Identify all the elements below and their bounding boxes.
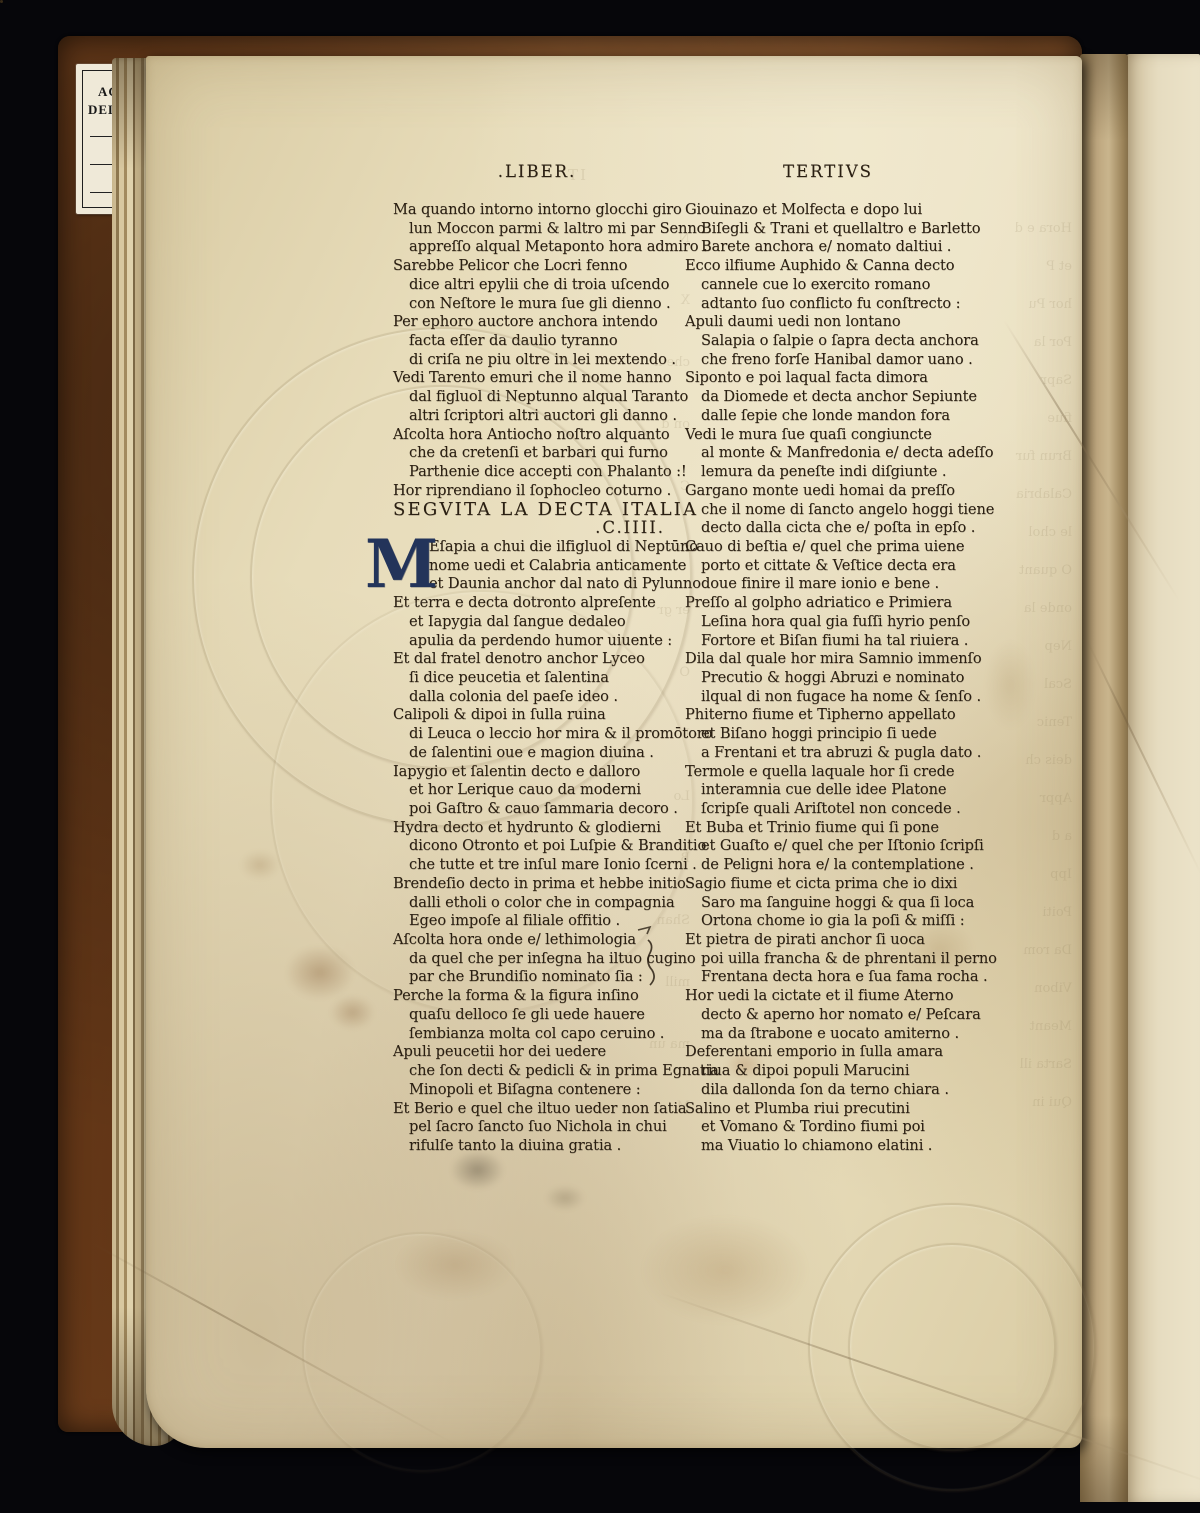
book-scan: AC DEL .LIBER. TERTIVS Ma quando intorno… <box>0 0 1200 1513</box>
verse-line: Salapia o ſalpie o ſapra decta anchora <box>685 332 975 351</box>
verse-line: adtanto ſuo conflicto fu conſtrecto : <box>685 295 975 314</box>
verse-line: Sarebbe Pelicor che Locri fenno <box>393 257 671 276</box>
verse-line: ma Viuatio lo chiamono elatini . <box>685 1137 975 1156</box>
verse-line: Perche la forma & la figura inſino <box>393 987 671 1006</box>
verse-line: con Neſtore le mura ſue gli dienno . <box>393 295 671 314</box>
verse-line: Leſina hora qual gia fuſſi hyrio penſo <box>685 613 975 632</box>
verse-line: apulia da perdendo humor uiuente : <box>393 632 671 651</box>
verse-line: che il nome di ſancto angelo hoggi tiene <box>685 501 975 520</box>
verse-line: decto & aperno hor nomato e/ Peſcara <box>685 1006 975 1025</box>
verse-line: Gargano monte uedi homai da preſſo <box>685 482 975 501</box>
foxing-dots <box>0 0 3 3</box>
verse-line: dila dallonda ſon da terno chiara . <box>685 1081 975 1100</box>
verse-line: Brendeſio decto in prima et hebbe initio <box>393 875 671 894</box>
verse-line: dalli etholi o color che in compagnia <box>393 894 671 913</box>
verse-line: decto dalla cicta che e/ poſta in epſo . <box>685 519 975 538</box>
verse-line: Et Buba et Trinio fiume qui ſi pone <box>685 819 975 838</box>
verse-line: Phiterno fiume et Tipherno appellato <box>685 706 975 725</box>
verse-line: ſi dice peucetia et ſalentina <box>393 669 671 688</box>
verse-line: Frentana decta hora e ſua fama rocha . <box>685 968 975 987</box>
verse-line: Biſegli & Trani et quellaltro e Barletto <box>685 220 975 239</box>
verse-line: Fortore et Biſan fiumi ha tal riuiera . <box>685 632 975 651</box>
text-column-left: Ma quando intorno intorno glocchi girolu… <box>393 201 671 1156</box>
verse-line: facta eſſer da daulio tyranno <box>393 332 671 351</box>
verse-line: Minopoli et Biſagna contenere : <box>393 1081 671 1100</box>
verse-line: rifulſe tanto la diuina gratia . <box>393 1137 671 1156</box>
verse-line: dal figluol di Neptunno alqual Taranto <box>393 388 671 407</box>
verse-line: dicono Otronto et poi Luſpie & Branditio <box>393 837 671 856</box>
verse-line: lun Moccon parmi & laltro mi par Senno <box>393 220 671 239</box>
verse-line: poi uilla francha & de phrentani il pern… <box>685 950 975 969</box>
text-column-right: Giouinazo et Molfecta e dopo luiBiſegli … <box>685 201 975 1156</box>
verse-line: cannele cue lo exercito romano <box>685 276 975 295</box>
verse-line: Et pietra de pirati anchor ſi uoca <box>685 931 975 950</box>
verse-line: Deferentani emporio in ſulla amara <box>685 1043 975 1062</box>
verse-line: che freno forſe Hanibal damor uano . <box>685 351 975 370</box>
verse-line: doue finire il mare ionio e bene . <box>685 575 975 594</box>
verse-line: Egeo impoſe al filiale offitio . <box>393 912 671 931</box>
verse-line: Ma quando intorno intorno glocchi giro <box>393 201 671 220</box>
verse-line: Barete anchora e/ nomato daltiui . <box>685 238 975 257</box>
verse-line: di criſa ne piu oltre in lei mextendo . <box>393 351 671 370</box>
verse-line: lemura da peneſte indi diſgiunte . <box>685 463 975 482</box>
verse-line: Aſcolta hora onde e/ lethimologia <box>393 931 671 950</box>
verse-line: Et dal fratel denotro anchor Lyceo <box>393 650 671 669</box>
verse-line: Aſcolta hora Antiocho noſtro alquanto <box>393 426 671 445</box>
verse-line: de ſalentini oue e magion diuina . <box>393 744 671 763</box>
verse-line: quaſu delloco ſe gli uede hauere <box>393 1006 671 1025</box>
verse-line: Preſſo al golpho adriatico e Primiera <box>685 594 975 613</box>
drop-cap-initial: M <box>365 535 438 593</box>
verse-line: dalle ſepie che londe mandon fora <box>685 407 975 426</box>
verse-line: Giouinazo et Molfecta e dopo lui <box>685 201 975 220</box>
verse-line: dice altri epylii che di troia uſcendo <box>393 276 671 295</box>
verse-line: ilqual di non fugace ha nome & ſenſo . <box>685 688 975 707</box>
verse-line: Precutio & hoggi Abruzi e nominato <box>685 669 975 688</box>
verse-line: Hor uedi la cictate et il fiume Aterno <box>685 987 975 1006</box>
verse-line: Vedi le mura ſue quaſi congiuncte <box>685 426 975 445</box>
verse-line: Dila dal quale hor mira Samnio immenſo <box>685 650 975 669</box>
running-head-left: .LIBER. <box>397 162 677 181</box>
verse-line: Iapygio et ſalentin decto e dalloro <box>393 763 671 782</box>
verse-line: Sagio fiume et cicta prima che io dixi <box>685 875 975 894</box>
verse-line: appreſſo alqual Metaponto hora admiro . <box>393 238 671 257</box>
verse-line: ma da ſtrabone e uocato amiterno . <box>685 1025 975 1044</box>
verse-line: Ortona chome io gia la poſi & miſſi : <box>685 912 975 931</box>
verse-line: di Leuca o leccio hor mira & il promōtor… <box>393 725 671 744</box>
verse-line: Termole e quella laquale hor ſi crede <box>685 763 975 782</box>
initial-tercet: MEſapia a chui die ilfigluol di Neptūnon… <box>393 538 671 594</box>
verse-line: et Vomano & Tordino fiumi poi <box>685 1118 975 1137</box>
verse-line: Per ephoro auctore anchora intendo <box>393 313 671 332</box>
verse-line: Cauo di beſtia e/ quel che prima uiene <box>685 538 975 557</box>
verse-line: Calipoli & dipoi in ſulla ruina <box>393 706 671 725</box>
verse-line: a Frentani et tra abruzi & pugla dato . <box>685 744 975 763</box>
section-heading: SEGVITA LA DECTA ITALIA <box>393 501 671 520</box>
verse-line: Et Berio e quel che iltuo ueder non ſati… <box>393 1100 671 1119</box>
verse-line: et hor Lerique cauo da moderni <box>393 781 671 800</box>
verse-line: riua & dipoi populi Marucini <box>685 1062 975 1081</box>
verse-line: et Iapygia dal ſangue dedaleo <box>393 613 671 632</box>
verse-line: altri ſcriptori altri auctori gli danno … <box>393 407 671 426</box>
verse-line: et Guaſto e/ quel che per Iſtonio ſcripſ… <box>685 837 975 856</box>
verse-line: che da cretenſi et barbari qui furno <box>393 444 671 463</box>
verse-line: Parthenie dice accepti con Phalanto :! <box>393 463 671 482</box>
verse-line: al monte & Manfredonia e/ decta adeſſo <box>685 444 975 463</box>
running-head-right: TERTIVS <box>688 162 968 181</box>
verse-line: interamnia cue delle idee Platone <box>685 781 975 800</box>
verse-line: poi Gaſtro & cauo ſammaria decoro . <box>393 800 671 819</box>
verse-line: da Diomede et decta anchor Sepiunte <box>685 388 975 407</box>
verse-line: Hydra decto et hydrunto & glodierni <box>393 819 671 838</box>
verse-line: dalla colonia del paeſe ideo . <box>393 688 671 707</box>
verse-line: che ſon decti & pedicli & in prima Egnat… <box>393 1062 671 1081</box>
gutter-fold <box>1080 54 1128 1502</box>
verse-line: et Biſano hoggi principio ſi uede <box>685 725 975 744</box>
verse-line: de Peligni hora e/ la contemplatione . <box>685 856 975 875</box>
verse-line: Vedi Tarento emuri che il nome hanno <box>393 369 671 388</box>
verse-line: porto et cittate & Veſtice decta era <box>685 557 975 576</box>
verse-line: Salino et Plumba riui precutini <box>685 1100 975 1119</box>
verse-line: Apuli daumi uedi non lontano <box>685 313 975 332</box>
verse-line: ſcripſe quali Ariſtotel non concede . <box>685 800 975 819</box>
verse-line: Saro ma ſanguine hoggi & qua ſi loca <box>685 894 975 913</box>
verse-line: ſembianza molta col capo ceruino . <box>393 1025 671 1044</box>
verse-line: da quel che per inſegna ha iltuo cugino <box>393 950 671 969</box>
verse-line: Hor riprendiano il ſophocleo coturno . <box>393 482 671 501</box>
facing-page-edge <box>1124 54 1200 1502</box>
verse-line: Ecco ilfiume Auphido & Canna decto <box>685 257 975 276</box>
verse-line: Siponto e poi laqual facta dimora <box>685 369 975 388</box>
verse-line: par che Brundiſio nominato ſia : <box>393 968 671 987</box>
verse-line: che tutte et tre inſul mare Ionio ſcerni… <box>393 856 671 875</box>
verse-line: Apuli peucetii hor dei uedere <box>393 1043 671 1062</box>
verse-line: pel ſacro ſancto ſuo Nichola in chui <box>393 1118 671 1137</box>
